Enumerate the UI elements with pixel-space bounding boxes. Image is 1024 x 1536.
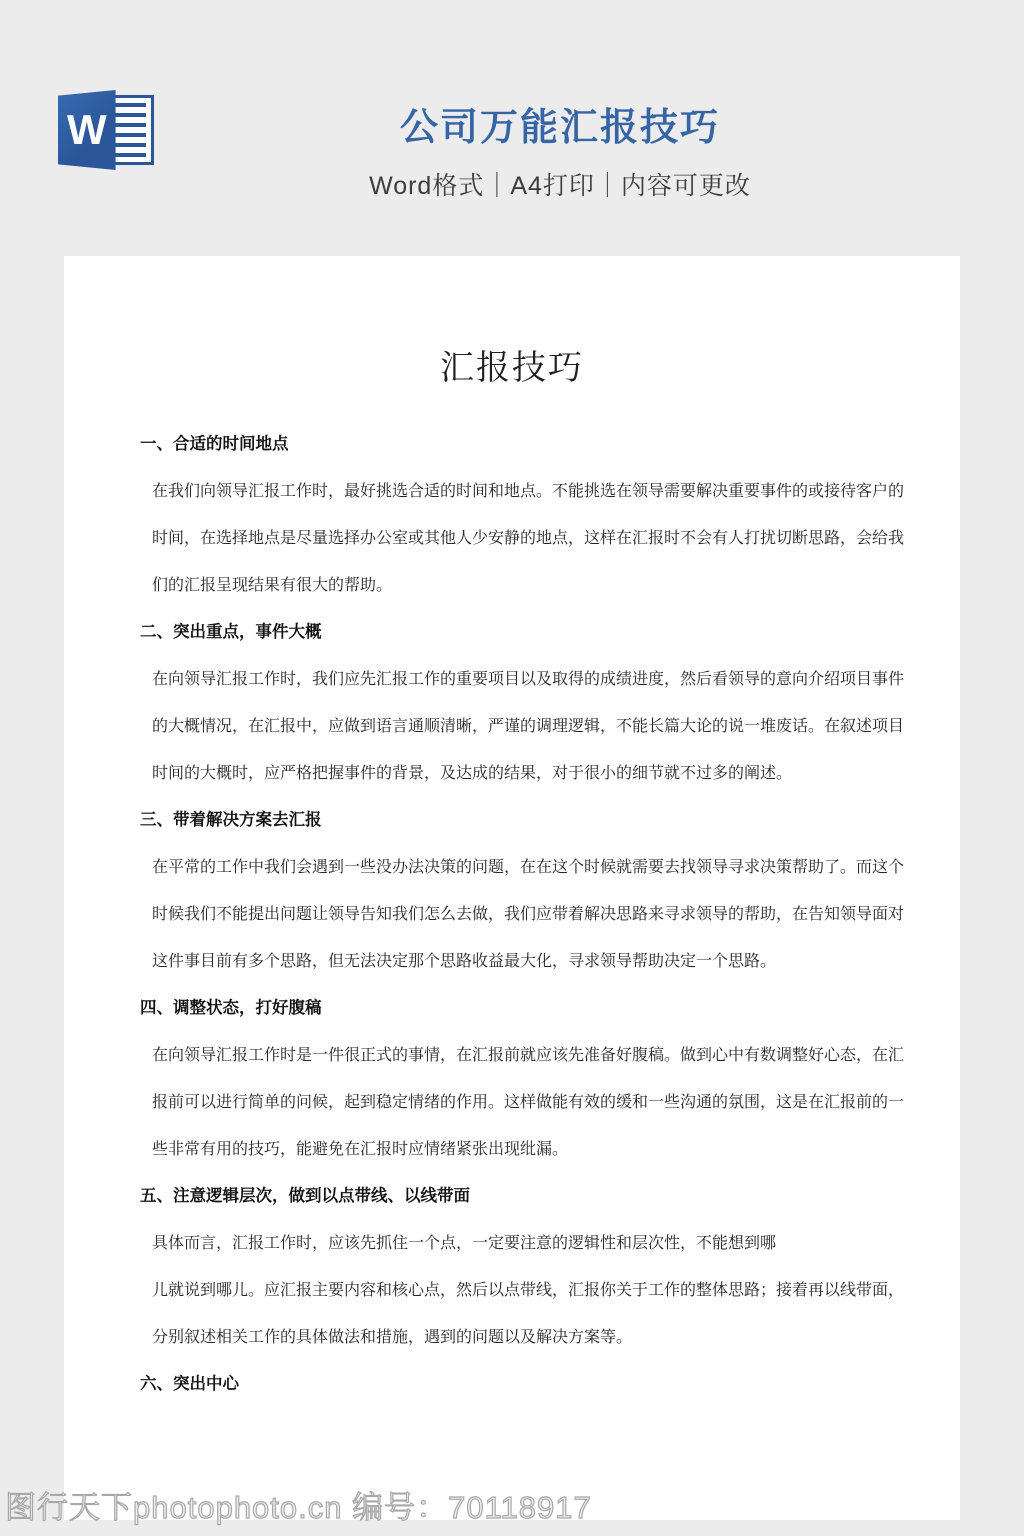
header: W 公司万能汇报技巧 Word格式｜A4打印｜内容可更改: [0, 0, 1024, 256]
section-heading: 二、突出重点，事件大概: [140, 609, 920, 656]
section-heading: 一、合适的时间地点: [140, 421, 920, 468]
section-text-line: 儿就说到哪儿。应汇报主要内容和核心点，然后以点带线，汇报你关于工作的整体思路；接…: [140, 1267, 920, 1314]
template-title: 公司万能汇报技巧: [96, 96, 1024, 151]
watermark-text: 图行天下photophoto.cn 编号：70118917: [5, 1482, 592, 1527]
template-subtitle: Word格式｜A4打印｜内容可更改: [96, 166, 1024, 202]
section-text-line: 些非常有用的技巧，能避免在汇报时应情绪紧张出现纰漏。: [140, 1126, 920, 1173]
section-text-line: 这件事目前有多个思路，但无法决定那个思路收益最大化，寻求领导帮助决定一个思路。: [140, 938, 920, 985]
section-text-line: 报前可以进行简单的问候，起到稳定情绪的作用。这样做能有效的缓和一些沟通的氛围，这…: [140, 1079, 920, 1126]
section-heading: 四、调整状态，打好腹稿: [140, 985, 920, 1032]
section-text-line: 时间的大概时，应严格把握事件的背景，及达成的结果，对于很小的细节就不过多的阐述。: [140, 750, 920, 797]
section-text-line: 分别叙述相关工作的具体做法和措施，遇到的问题以及解决方案等。: [140, 1314, 920, 1361]
section-text-line: 在向领导汇报工作时是一件很正式的事情，在汇报前就应该先准备好腹稿。做到心中有数调…: [140, 1032, 920, 1079]
header-text: 公司万能汇报技巧 Word格式｜A4打印｜内容可更改: [96, 0, 1024, 202]
section-text-line: 在我们向领导汇报工作时，最好挑选合适的时间和地点。不能挑选在领导需要解决重要事件…: [140, 468, 920, 515]
document-page: 汇报技巧 一、合适的时间地点在我们向领导汇报工作时，最好挑选合适的时间和地点。不…: [64, 256, 960, 1520]
section-heading: 三、带着解决方案去汇报: [140, 797, 920, 844]
section-text-line: 的大概情况，在汇报中，应做到语言通顺清晰，严谨的调理逻辑，不能长篇大论的说一堆废…: [140, 703, 920, 750]
section-text-line: 在平常的工作中我们会遇到一些没办法决策的问题，在在这个时候就需要去找领导寻求决策…: [140, 844, 920, 891]
document-title: 汇报技巧: [64, 256, 960, 389]
section-text-line: 具体而言，汇报工作时，应该先抓住一个点，一定要注意的逻辑性和层次性，不能想到哪: [140, 1220, 920, 1267]
document-body: 一、合适的时间地点在我们向领导汇报工作时，最好挑选合适的时间和地点。不能挑选在领…: [64, 421, 960, 1408]
section-heading: 六、突出中心: [140, 1361, 920, 1408]
section-text-line: 时候我们不能提出问题让领导告知我们怎么去做，我们应带着解决思路来寻求领导的帮助，…: [140, 891, 920, 938]
section-text-line: 们的汇报呈现结果有很大的帮助。: [140, 562, 920, 609]
section-text-line: 时间，在选择地点是尽量选择办公室或其他人少安静的地点，这样在汇报时不会有人打扰切…: [140, 515, 920, 562]
section-heading: 五、注意逻辑层次，做到以点带线、以线带面: [140, 1173, 920, 1220]
section-text-line: 在向领导汇报工作时，我们应先汇报工作的重要项目以及取得的成绩进度，然后看领导的意…: [140, 656, 920, 703]
